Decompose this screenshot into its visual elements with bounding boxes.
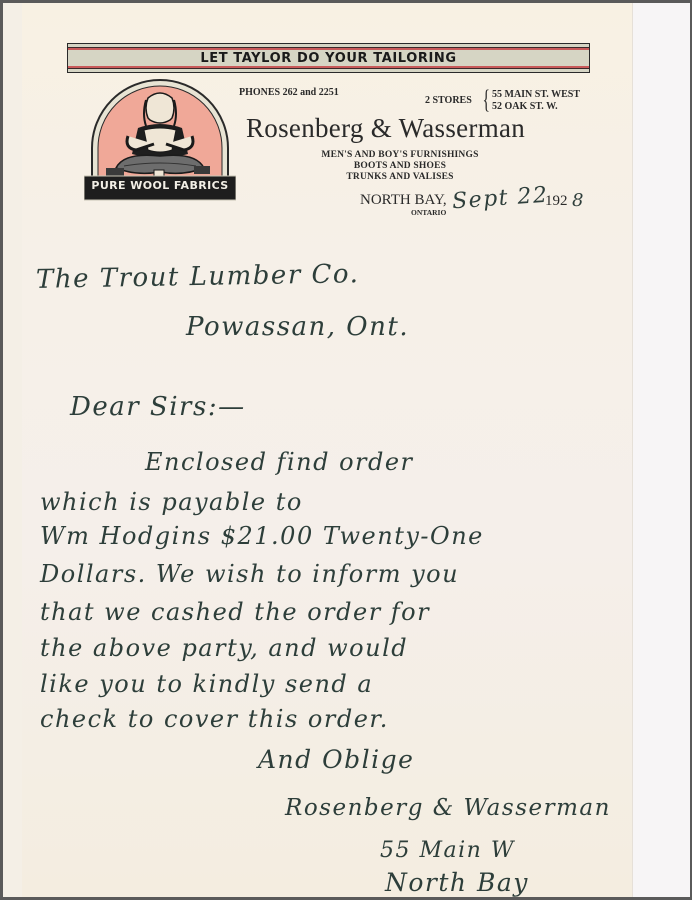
firm-name: Rosenberg & Wasserman [246,113,525,144]
slogan-banner: LET TAYLOR DO YOUR TAILORING [67,43,590,73]
banner-rule-bottom [68,66,589,69]
salutation: Dear Sirs:— [70,392,246,422]
handwritten-year-digit: 8 [572,190,585,211]
logo-caption: PURE WOOL FABRICS [84,179,236,192]
slogan-text: LET TAYLOR DO YOUR TAILORING [68,51,589,66]
paper-edge [3,3,22,897]
phone-numbers: PHONES 262 and 2251 [239,87,339,98]
body-line-5: that we cashed the order for [40,598,430,626]
tailor-logo: PURE WOOL FABRICS [84,78,236,202]
body-line-4: Dollars. We wish to inform you [40,560,459,588]
signature-firm: Rosenberg & Wasserman [285,795,611,821]
closing: And Oblige [258,745,414,774]
body-line-6: the above party, and would [40,634,408,662]
store-address-2: 52 OAK ST. W. [492,101,558,112]
city-name: NORTH BAY, [360,192,447,209]
body-line-8: check to cover this order. [40,705,389,733]
body-line-2: which is payable to [40,488,303,516]
addressee-line-1: The Trout Lumber Co. [36,259,360,295]
body-line-7: like you to kindly send a [40,670,373,698]
body-line-3: Wm Hodgins $21.00 Twenty-One [40,522,484,550]
tagline-trunks: TRUNKS AND VALISES [300,172,500,182]
brace-glyph: { [482,87,489,113]
signature-city: North Bay [385,868,529,897]
store-address-1: 55 MAIN ST. WEST [492,89,580,100]
backing-paper [632,3,690,897]
tagline-boots: BOOTS AND SHOES [300,161,500,171]
signature-address: 55 Main W [380,838,515,863]
stores-label: 2 STORES [425,95,472,106]
body-line-1: Enclosed find order [145,448,414,476]
banner-rule-top [68,47,589,50]
printed-year: 192 [545,193,568,210]
addressee-line-2: Powassan, Ont. [186,312,409,342]
tagline-furnishings: MEN'S AND BOY'S FURNISHINGS [300,150,500,160]
province-name: ONTARIO [411,208,446,217]
